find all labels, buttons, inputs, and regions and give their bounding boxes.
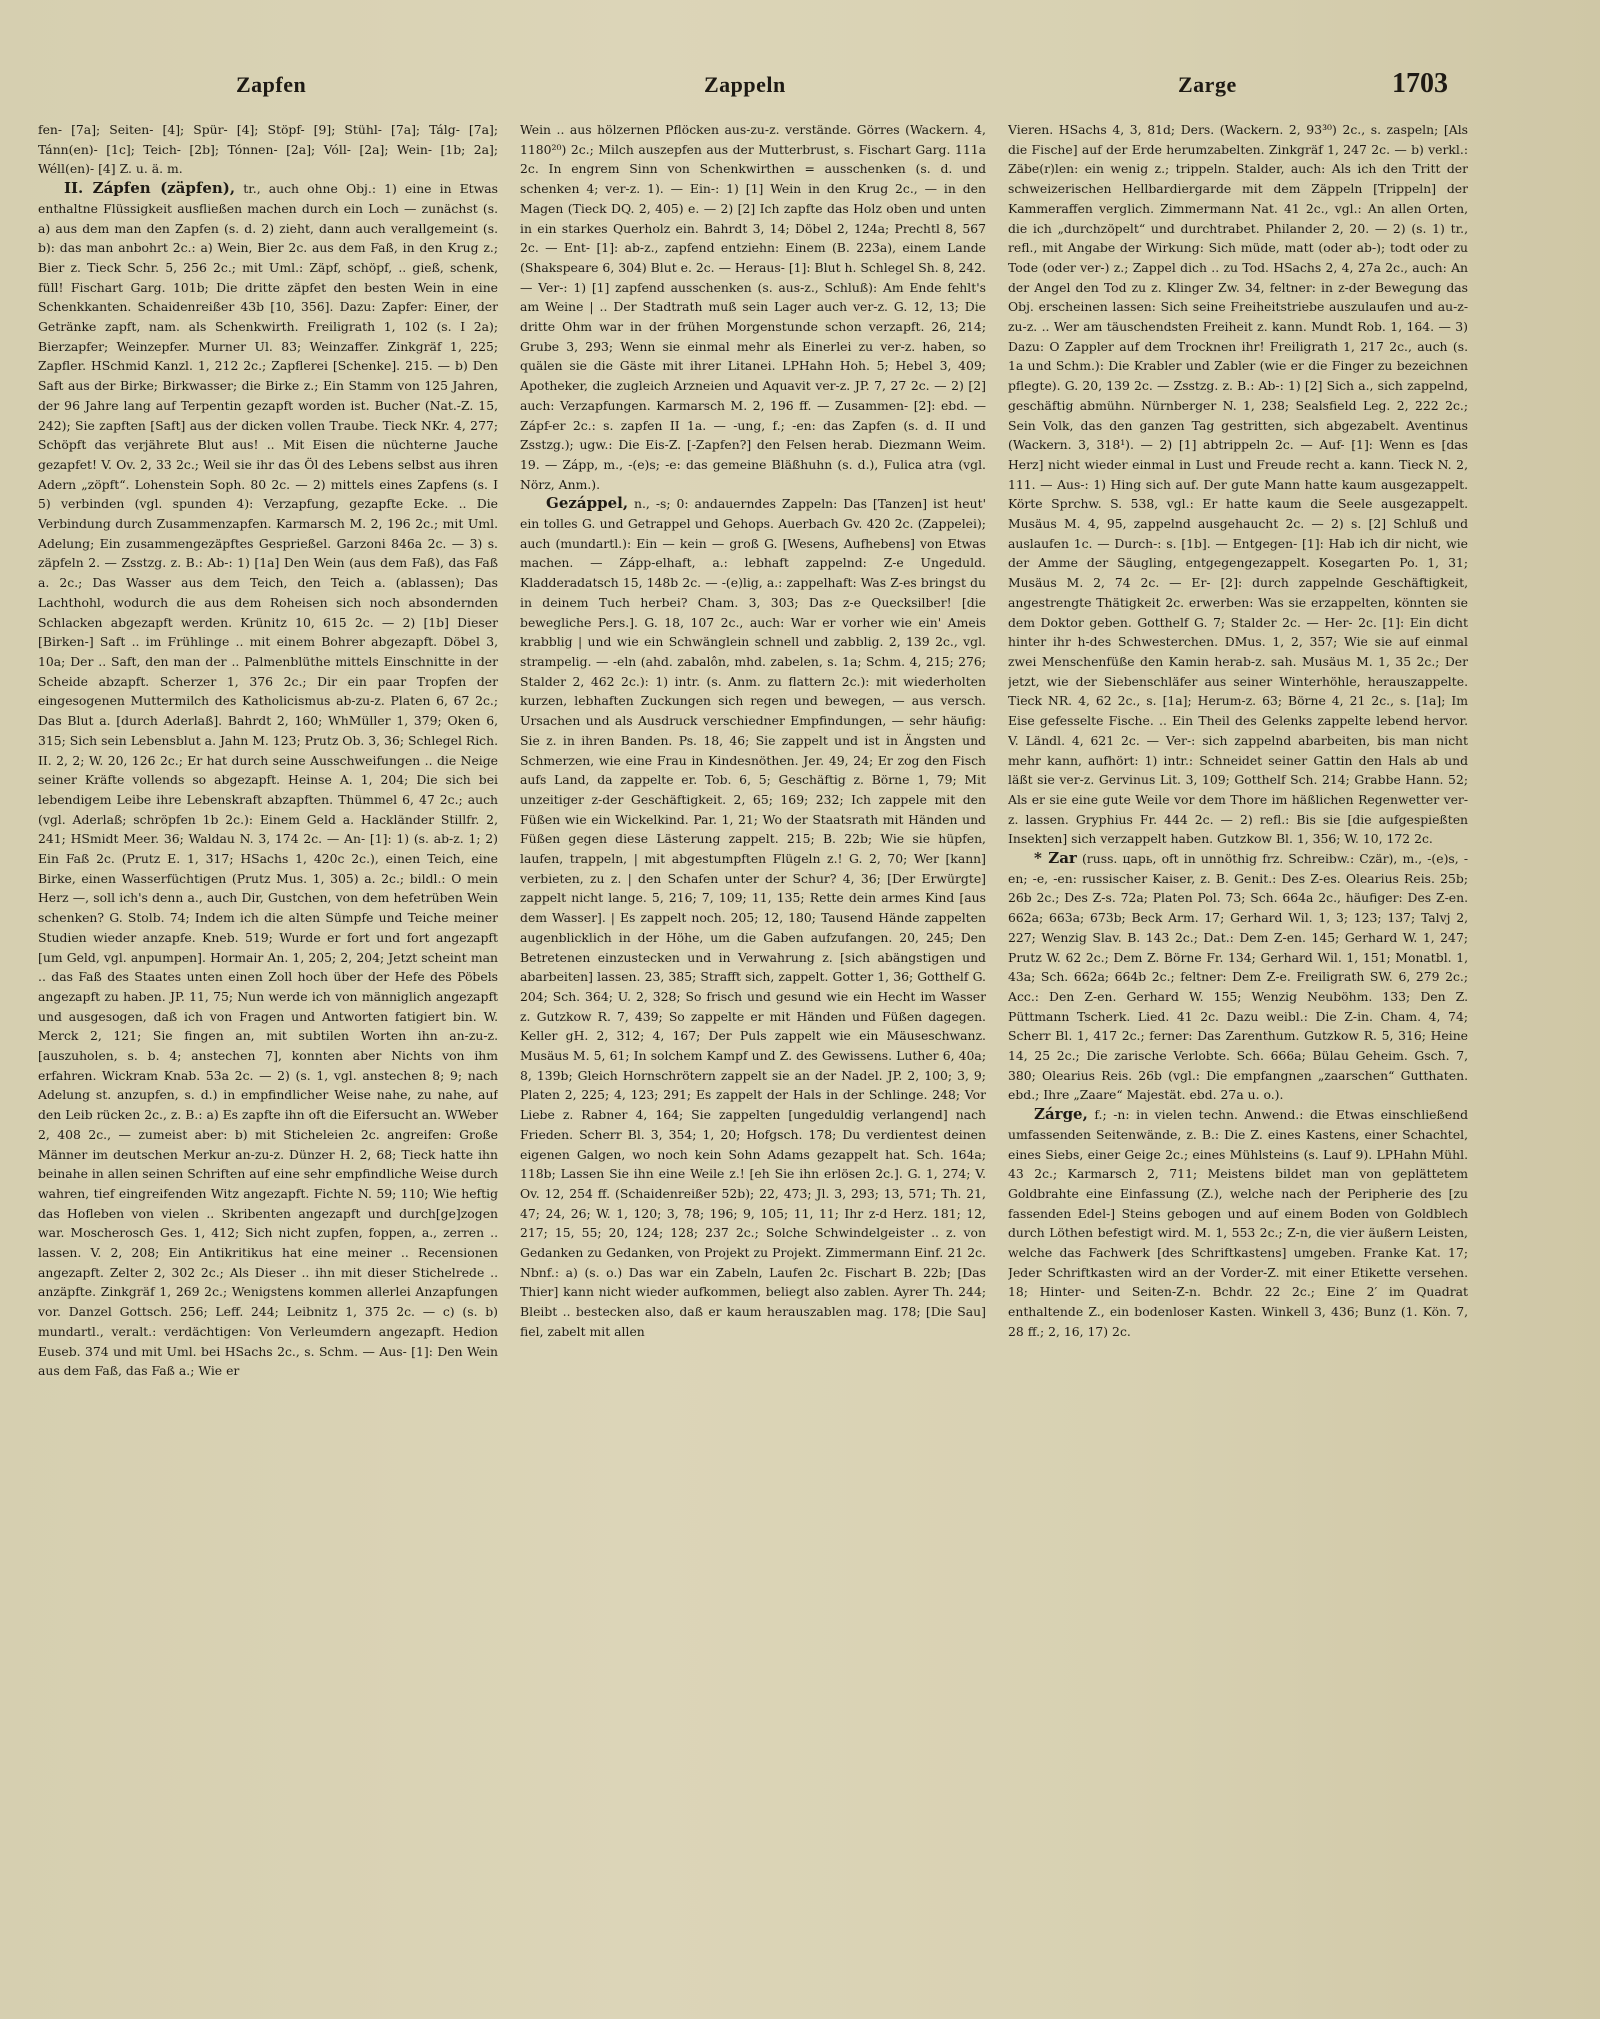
- entry-text: n., -s; 0: andauerndes Zappeln: Das [Tan…: [520, 496, 986, 1339]
- dictionary-entry: II. Zápfen (zäpfen), tr., auch ohne Obj.…: [38, 179, 498, 1381]
- paragraph: Vieren. HSachs 4, 3, 81d; Ders. (Wackern…: [1008, 120, 1468, 849]
- dictionary-entry: Gezáppel, n., -s; 0: andauerndes Zappeln…: [520, 494, 986, 1341]
- entry-text: Wein .. aus hölzernen Pflöcken aus-zu-z.…: [520, 122, 986, 492]
- entry-text: fen- [7a]; Seiten- [4]; Spür- [4]; Stöpf…: [38, 122, 498, 176]
- entry-headword: Zárge,: [1034, 1105, 1088, 1123]
- running-head-center: Zappeln: [704, 72, 786, 98]
- entry-text: (russ. царь, oft in unnöthig frz. Schrei…: [1008, 851, 1468, 1102]
- column-1: fen- [7a]; Seiten- [4]; Spür- [4]; Stöpf…: [38, 120, 498, 1800]
- entry-text: tr., auch ohne Obj.: 1) eine in Etwas en…: [38, 181, 498, 1378]
- dictionary-columns: fen- [7a]; Seiten- [4]; Spür- [4]; Stöpf…: [38, 120, 1468, 1800]
- dictionary-entry: Zárge, f.; -n: in vielen techn. Anwend.:…: [1008, 1105, 1468, 1341]
- entry-text: f.; -n: in vielen techn. Anwend.: die Et…: [1008, 1107, 1468, 1339]
- entry-headword: Gezáppel,: [546, 494, 628, 512]
- entry-text: Vieren. HSachs 4, 3, 81d; Ders. (Wackern…: [1008, 122, 1468, 846]
- page-number: 1703: [1392, 68, 1448, 100]
- dictionary-entry: * Zar (russ. царь, oft in unnöthig frz. …: [1008, 849, 1468, 1105]
- paragraph: fen- [7a]; Seiten- [4]; Spür- [4]; Stöpf…: [38, 120, 498, 179]
- running-header: Zapfen Zappeln Zarge 1703: [0, 72, 1600, 112]
- entry-headword: * Zar: [1034, 849, 1077, 867]
- running-head-right: Zarge: [1178, 72, 1237, 98]
- entry-headword: II. Zápfen (zäpfen),: [64, 179, 235, 197]
- paragraph: Wein .. aus hölzernen Pflöcken aus-zu-z.…: [520, 120, 986, 494]
- column-3: Vieren. HSachs 4, 3, 81d; Ders. (Wackern…: [1008, 120, 1468, 1800]
- running-head-left: Zapfen: [236, 72, 306, 98]
- column-2: Wein .. aus hölzernen Pflöcken aus-zu-z.…: [520, 120, 986, 1800]
